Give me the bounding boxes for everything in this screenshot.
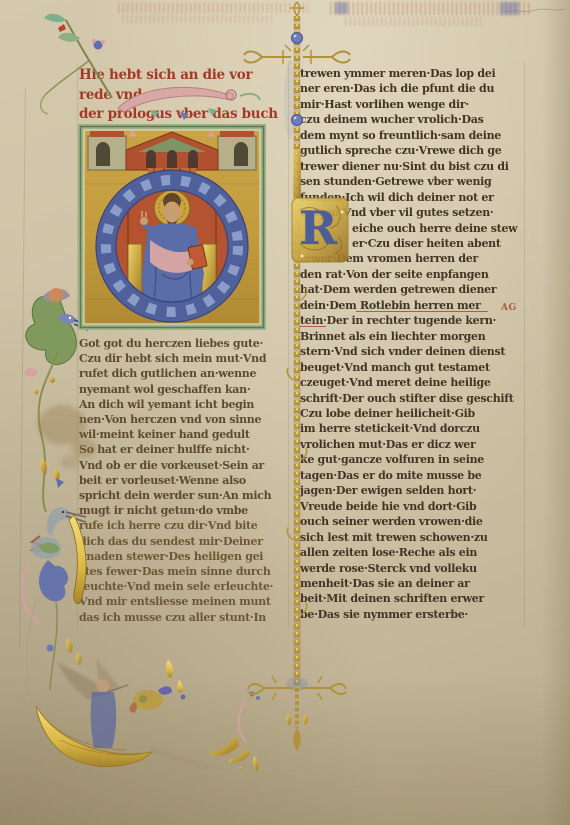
manuscript-text-line: sich lest mit trewen schowen·zu: [300, 530, 524, 545]
manuscript-text-line: tein·Der in rechter tugende kern·: [300, 313, 524, 328]
manuscript-text-line: werde rose·Sterck vnd volleku: [300, 561, 524, 576]
bar-cross-flourish: [244, 45, 350, 64]
manuscript-text-line: menheit·Das sie an deiner ar: [300, 576, 524, 591]
manuscript-text-line: ouch seiner werden vrowen·die: [300, 514, 524, 529]
manuscript-text-line: trewen ymmer meren·Das lop dei: [300, 66, 524, 81]
manuscript-text-line: jagen·Der ewigen selden hort·: [300, 483, 524, 498]
manuscript-text-line: hat·Dem werden getrewen diener: [300, 282, 524, 297]
manuscript-text-line: Vnd ob er die vorkeuset·Sein ar: [79, 458, 289, 473]
offset-ghost-initial: [335, 2, 348, 14]
manuscript-text-line: nen·Von herczen vnd von sinne: [79, 412, 289, 427]
manuscript-text-line: An dich wil yemant icht begin: [79, 397, 289, 412]
manuscript-text-line: beuget·Vnd manch gut testamet: [300, 360, 524, 375]
right-text-column: trewen ymmer meren·Das lop deiner eren·D…: [300, 66, 524, 622]
manuscript-text-line: spricht dein werder sun·An mich: [79, 488, 289, 503]
manuscript-page: Hie hebt sich an die vor rede vnd·der pr…: [0, 0, 570, 825]
manuscript-text-line: Hie hebt sich an die vor rede vnd·: [79, 66, 289, 105]
offset-ghost-initial: [500, 2, 519, 15]
manuscript-text-line: vrolichen mut·Das er dicz wer: [300, 437, 524, 452]
manuscript-text-line: beit er vorleuset·Wenne also: [79, 473, 289, 488]
manuscript-text-line: mir·Hast vorlihen wenge dir·: [300, 97, 524, 112]
manuscript-text-line: tagen·Das er do mite musse be: [300, 468, 524, 483]
manuscript-text-line: rufet dich gutlichen an·wenne: [79, 366, 289, 381]
manuscript-text-line: wil·meint keiner hand gedult: [79, 427, 289, 442]
manuscript-text-line: dem mynt so freuntlich·sam deine: [300, 128, 524, 143]
photo-shading: [0, 675, 570, 825]
manuscript-text-line: trewer diener nu·Sint du bist czu di: [300, 159, 524, 174]
manuscript-text-line: feuchte·Vnd mein sele erleuchte·: [79, 579, 289, 594]
manuscript-text-line: das ich musse czu aller stunt·In: [79, 610, 289, 625]
ruling-line: [524, 62, 525, 628]
manuscript-text-line: gutlich spreche czu·Vrewe dich ge: [300, 143, 524, 158]
manuscript-text-line: Vreude beide hie vnd dort·Gib: [300, 499, 524, 514]
offset-ghost-text: [345, 17, 485, 26]
manuscript-text-line: ner eren·Das ich die pfunt die du: [300, 81, 524, 96]
manuscript-text-line: Czu dir hebt sich mein mut·Vnd: [79, 351, 289, 366]
offset-ghost-text: [122, 15, 272, 23]
manuscript-text-line: dich das du sendest mir·Deiner: [79, 534, 289, 549]
manuscript-text-line: den rat·Von der seite enpfangen: [300, 267, 524, 282]
manuscript-text-line: Got got du herczen liebes gute·: [79, 336, 289, 351]
manuscript-text-line: stern·Vnd sich vnder deinen dienst: [300, 344, 524, 359]
manuscript-text-line: czu deinem wucher vrolich·Das: [300, 112, 524, 127]
manuscript-text-line: dein·Dem Rotlebin herren mer: [300, 298, 524, 313]
manuscript-text-line: sen stunden·Getrewe vber wenig: [300, 174, 524, 189]
manuscript-text-line: Vnd mir entsliesse meinen munt: [79, 594, 289, 609]
manuscript-text-line: be·Das sie nymmer ersterbe·: [300, 607, 524, 622]
gold-buds: [40, 458, 64, 488]
offset-ghost-text: [118, 3, 308, 13]
manuscript-text-line: beit·Mit deinen schriften erwer: [300, 591, 524, 606]
drop-cap-r: R: [299, 202, 351, 254]
miniature-initial: [78, 124, 266, 330]
left-text-column: Got got du herczen liebes gute·Czu dir h…: [79, 336, 289, 625]
manuscript-text-line: nyemant wol geschaffen kan·: [79, 382, 289, 397]
manuscript-text-line: stes fewer·Das mein sinne durch: [79, 564, 289, 579]
manuscript-text-line: im herre stetickeit·Vnd dorczu: [300, 421, 524, 436]
blue-bead: [292, 33, 303, 44]
manuscript-text-line: rufe ich herre czu dir·Vnd bite: [79, 518, 289, 533]
manuscript-text-line: ke gut·gancze volfuren in seine: [300, 452, 524, 467]
manuscript-text-line: Brinnet als ein liechter morgen: [300, 329, 524, 344]
manuscript-text-line: czeuget·Vnd meret deine heilige: [300, 375, 524, 390]
parchment-crease: [19, 88, 26, 648]
manuscript-text-line: So hat er deiner hulffe nicht·: [79, 442, 289, 457]
manuscript-text-line: schrift·Der ouch stifter dise geschift: [300, 391, 524, 406]
pink-tendril: [22, 565, 40, 623]
canopy-architecture: [88, 130, 256, 170]
manuscript-text-line: gnaden stewer·Des heiligen gei: [79, 549, 289, 564]
margin-annotation: AG: [501, 303, 517, 313]
blue-acanthus-leaf: [22, 560, 82, 690]
manuscript-text-line: mugt ir nicht getun·do vmbe: [79, 503, 289, 518]
manuscript-text-line: Czu lobe deiner heilicheit·Gib: [300, 406, 524, 421]
manuscript-text-line: allen zeiten lose·Reche als ein: [300, 545, 524, 560]
